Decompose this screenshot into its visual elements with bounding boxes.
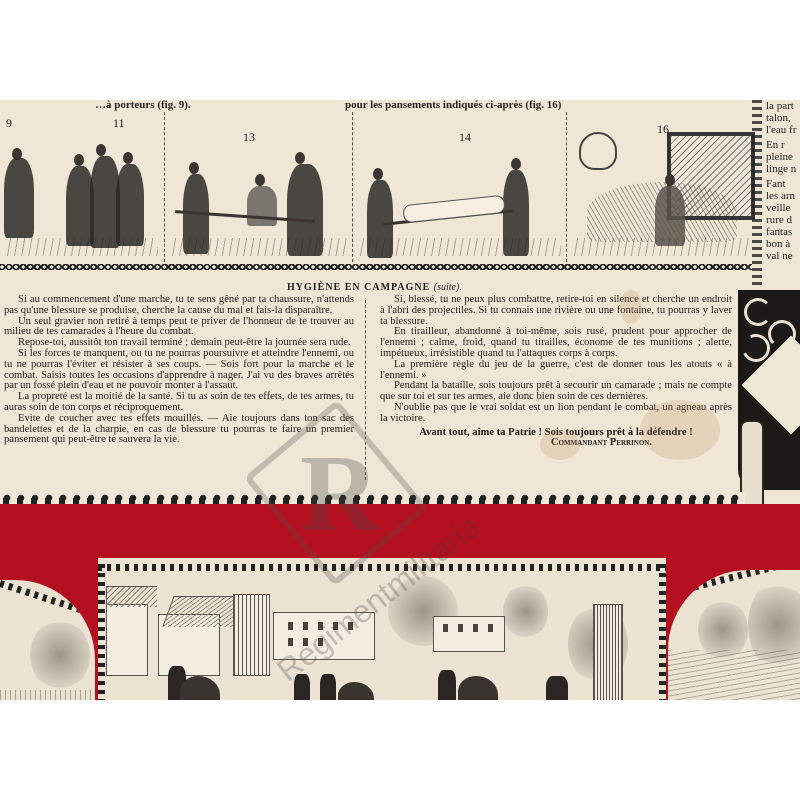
left-text-column: Si au commencement d'une marche, tu te s…: [4, 295, 354, 446]
right-landscape-vignette: [668, 570, 800, 700]
panel-16: 16: [566, 112, 753, 262]
panel-9-11: 9 11: [0, 112, 162, 262]
heading-suffix: (suite).: [434, 282, 462, 293]
paragraph: En tirailleur, abandonné à toi-même, soi…: [380, 327, 732, 359]
age-stain: [540, 430, 580, 460]
text-fragment: pleine: [766, 151, 800, 163]
section-heading: HYGIÈNE EN CAMPAGNE (suite).: [287, 282, 462, 293]
text-fragment: talon,: [766, 112, 800, 124]
age-stain: [620, 290, 642, 324]
text-fragment: rure d: [766, 214, 800, 226]
text-fragment: bon à: [766, 238, 800, 250]
age-stain: [640, 400, 720, 460]
right-zigzag-border: [752, 100, 762, 285]
illustration-panels: 9 11 13 14: [0, 112, 762, 262]
caption-fig-9: …à porteurs (fig. 9).: [95, 100, 191, 111]
text-fragment: veille: [766, 202, 800, 214]
textile-photograph: …à porteurs (fig. 9). pour les pansement…: [0, 100, 800, 700]
text-fragment: Fant: [766, 178, 800, 190]
panel-number: 9: [6, 116, 12, 131]
text-fragment: En r: [766, 139, 800, 151]
right-column-text: la part talon, l'eau fr En r pleine ling…: [766, 100, 800, 262]
panel-13: 13: [164, 112, 351, 262]
panel-number: 13: [243, 130, 255, 145]
paragraph: La propreté est la moitié de la santé. S…: [4, 392, 354, 414]
paragraph: Un seul gravier non retiré à temps peut …: [4, 317, 354, 339]
text-fragment: la part: [766, 100, 800, 112]
caption-fig-16: pour les pansements indiqués ci-après (f…: [345, 100, 561, 111]
paragraph: La première règle du jeu de la guerre, c…: [380, 360, 732, 382]
panel-number: 11: [113, 116, 125, 131]
text-fragment: l'eau fr: [766, 124, 800, 136]
heading-title: HYGIÈNE EN CAMPAGNE: [287, 282, 430, 293]
zigzag-border: [0, 264, 752, 270]
paragraph: Si les forces te manquent, ou tu ne pour…: [4, 349, 354, 392]
text-fragment: linge n: [766, 163, 800, 175]
bandage-knot-illustration: [579, 132, 617, 170]
text-fragment: les arn: [766, 190, 800, 202]
panel-14: 14: [352, 112, 565, 262]
watermark-logo-letter: R: [300, 430, 379, 557]
paragraph: Si au commencement d'une marche, tu te s…: [4, 295, 354, 317]
text-fragment: val ne: [766, 250, 800, 262]
panel-number: 14: [459, 130, 471, 145]
text-fragment: fantas: [766, 226, 800, 238]
paragraph: Si, blessé, tu ne peux plus combattre, r…: [380, 295, 732, 327]
